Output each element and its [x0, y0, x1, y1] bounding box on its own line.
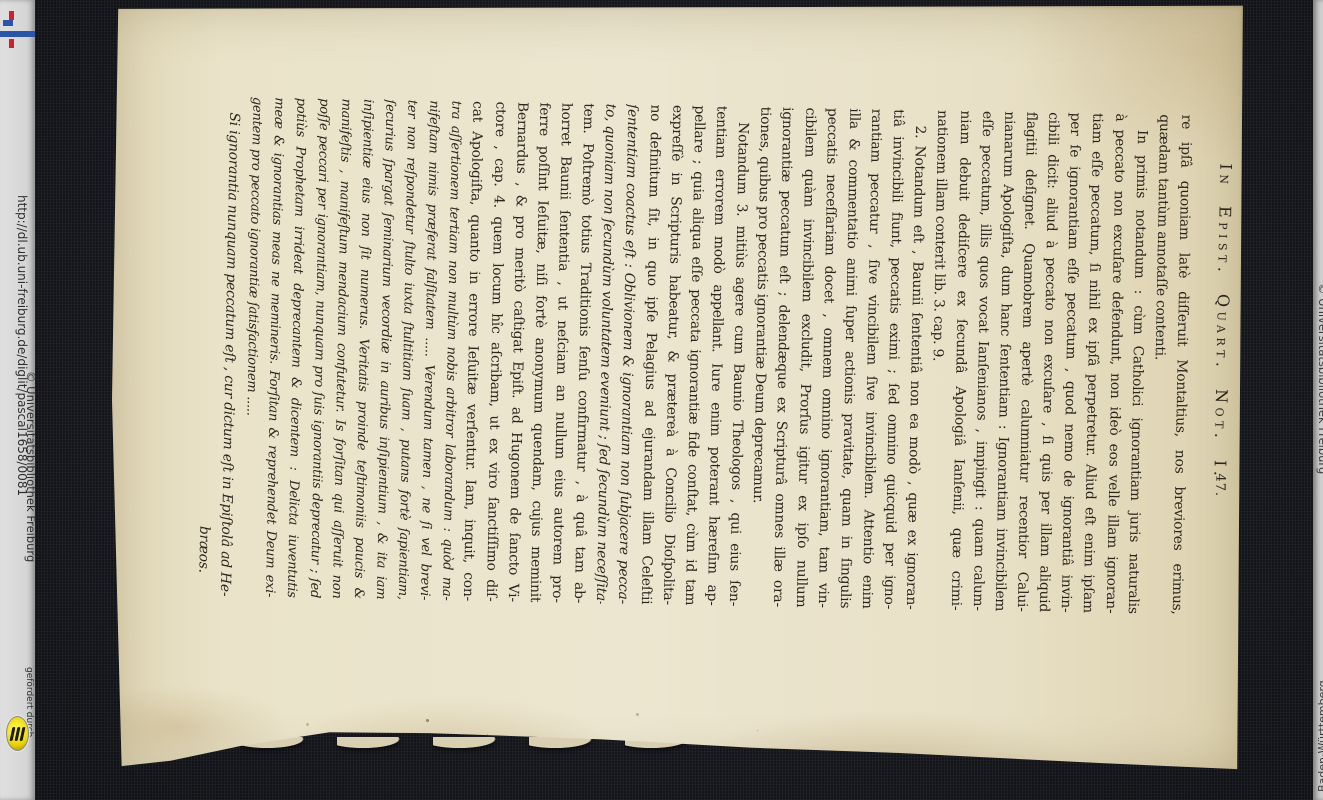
running-head-title: In Epist. Quart. Not. I.: [1210, 163, 1235, 480]
copyright-label: © Universitätsbibliothek Freiburg: [24, 371, 38, 562]
baden-wuerttemberg-badge: [6, 716, 29, 751]
logo-blue-short-bar: [3, 20, 13, 26]
lion-glyph: [20, 727, 26, 741]
page-number: 47.: [1212, 473, 1227, 497]
logo-red-top-rect: [9, 11, 14, 20]
book-page: In Epist. Quart. Not. I. 47. re ipſâ quo…: [108, 5, 1244, 773]
logo-red-bottom-rect: [9, 39, 14, 48]
page-header: In Epist. Quart. Not. I. 47.: [1203, 115, 1237, 615]
page-lines: re ipſâ quoniam latè diſſeruit Montaltiu…: [192, 96, 1198, 615]
left-scanner-strip: http://dl.ub.uni-freiburg.de/diglit/pasc…: [0, 0, 35, 800]
logo-blue-long-bar: [0, 31, 35, 37]
right-region-label: Baden-Württemberg: [1316, 680, 1323, 792]
page-content-rotated: In Epist. Quart. Not. I. 47. re ipſâ quo…: [101, 0, 1252, 784]
right-copyright-label: © Universitätsbibliothek Freiburg: [1316, 283, 1323, 474]
